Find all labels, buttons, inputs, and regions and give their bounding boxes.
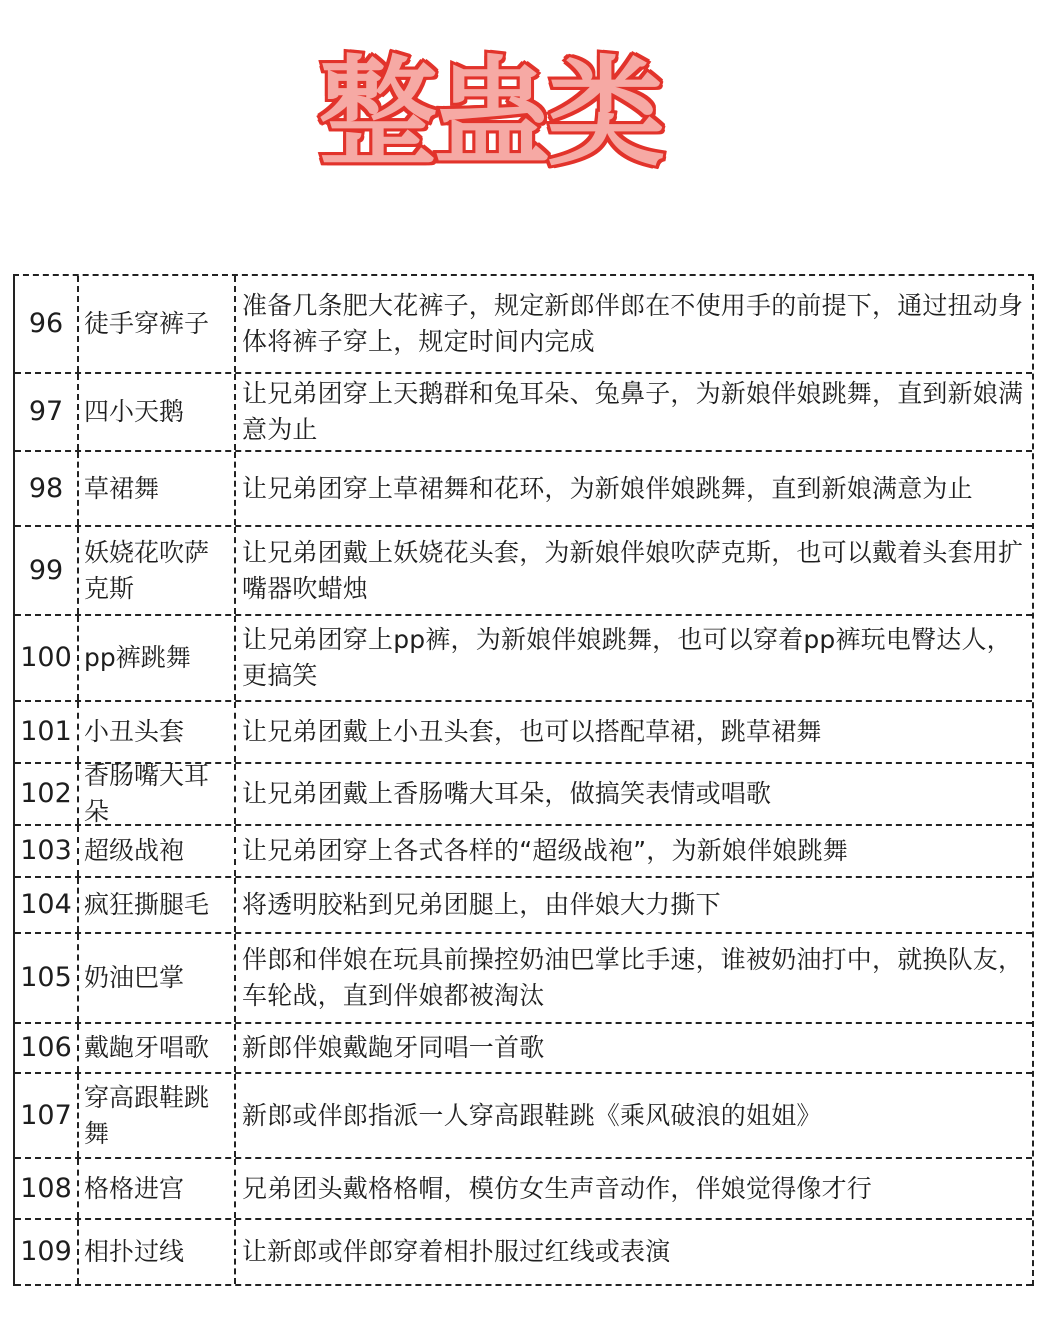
- game-name: 小丑头套: [79, 702, 236, 762]
- game-description: 伴郎和伴娘在玩具前操控奶油巴掌比手速，谁被奶油打中，就换队友，车轮战，直到伴娘都…: [236, 934, 1032, 1022]
- game-name: 疯狂撕腿毛: [79, 878, 236, 932]
- row-number: 109: [15, 1220, 79, 1284]
- game-description: 让兄弟团穿上天鹅群和兔耳朵、兔鼻子，为新娘伴娘跳舞，直到新娘满意为止: [236, 374, 1032, 450]
- game-description: 让兄弟团戴上小丑头套，也可以搭配草裙，跳草裙舞: [236, 702, 1032, 762]
- table-row: 106戴龅牙唱歌新郎伴娘戴龅牙同唱一首歌: [15, 1024, 1032, 1074]
- row-number: 97: [15, 374, 79, 450]
- table-row: 101小丑头套让兄弟团戴上小丑头套，也可以搭配草裙，跳草裙舞: [15, 702, 1032, 764]
- row-number: 103: [15, 826, 79, 876]
- game-description: 让兄弟团穿上各式各样的“超级战袍”，为新娘伴娘跳舞: [236, 826, 1032, 876]
- table-row: 98草裙舞让兄弟团穿上草裙舞和花环，为新娘伴娘跳舞，直到新娘满意为止: [15, 452, 1032, 527]
- row-number: 100: [15, 616, 79, 700]
- game-description: 准备几条肥大花裤子，规定新郎伴郎在不使用手的前提下，通过扭动身体将裤子穿上，规定…: [236, 276, 1032, 372]
- table-row: 109相扑过线让新郎或伴郎穿着相扑服过红线或表演: [15, 1220, 1032, 1286]
- game-name: 草裙舞: [79, 452, 236, 525]
- games-table: 96徒手穿裤子准备几条肥大花裤子，规定新郎伴郎在不使用手的前提下，通过扭动身体将…: [13, 274, 1034, 1286]
- game-name: 相扑过线: [79, 1220, 236, 1284]
- table-row: 107穿高跟鞋跳舞新郎或伴郎指派一人穿高跟鞋跳《乘风破浪的姐姐》: [15, 1074, 1032, 1159]
- game-description: 让兄弟团戴上香肠嘴大耳朵，做搞笑表情或唱歌: [236, 764, 1032, 824]
- game-name: 四小天鹅: [79, 374, 236, 450]
- table-row: 104疯狂撕腿毛将透明胶粘到兄弟团腿上，由伴娘大力撕下: [15, 878, 1032, 934]
- game-name: 徒手穿裤子: [79, 276, 236, 372]
- row-number: 99: [15, 527, 79, 614]
- table-row: 97四小天鹅让兄弟团穿上天鹅群和兔耳朵、兔鼻子，为新娘伴娘跳舞，直到新娘满意为止: [15, 374, 1032, 452]
- row-number: 105: [15, 934, 79, 1022]
- game-name: 戴龅牙唱歌: [79, 1024, 236, 1072]
- game-name: 妖娆花吹萨克斯: [79, 527, 236, 614]
- table-row: 96徒手穿裤子准备几条肥大花裤子，规定新郎伴郎在不使用手的前提下，通过扭动身体将…: [15, 276, 1032, 374]
- title-banner: 整蛊类: [290, 48, 690, 178]
- game-description: 让兄弟团穿上草裙舞和花环，为新娘伴娘跳舞，直到新娘满意为止: [236, 452, 1032, 525]
- row-number: 98: [15, 452, 79, 525]
- row-number: 101: [15, 702, 79, 762]
- game-description: 让新郎或伴郎穿着相扑服过红线或表演: [236, 1220, 1032, 1284]
- game-description: 兄弟团头戴格格帽，模仿女生声音动作，伴娘觉得像才行: [236, 1159, 1032, 1218]
- game-description: 将透明胶粘到兄弟团腿上，由伴娘大力撕下: [236, 878, 1032, 932]
- game-description: 让兄弟团穿上pp裤，为新娘伴娘跳舞，也可以穿着pp裤玩电臀达人，更搞笑: [236, 616, 1032, 700]
- table-row: 102香肠嘴大耳朵让兄弟团戴上香肠嘴大耳朵，做搞笑表情或唱歌: [15, 764, 1032, 826]
- game-description: 让兄弟团戴上妖娆花头套，为新娘伴娘吹萨克斯，也可以戴着头套用扩嘴器吹蜡烛: [236, 527, 1032, 614]
- table-row: 108格格进宫兄弟团头戴格格帽，模仿女生声音动作，伴娘觉得像才行: [15, 1159, 1032, 1220]
- table-row: 99妖娆花吹萨克斯让兄弟团戴上妖娆花头套，为新娘伴娘吹萨克斯，也可以戴着头套用扩…: [15, 527, 1032, 616]
- row-number: 108: [15, 1159, 79, 1218]
- game-name: 格格进宫: [79, 1159, 236, 1218]
- game-name: 香肠嘴大耳朵: [79, 764, 236, 824]
- table-row: 105奶油巴掌伴郎和伴娘在玩具前操控奶油巴掌比手速，谁被奶油打中，就换队友，车轮…: [15, 934, 1032, 1024]
- game-name: pp裤跳舞: [79, 616, 236, 700]
- row-number: 102: [15, 764, 79, 824]
- game-name: 穿高跟鞋跳舞: [79, 1074, 236, 1157]
- row-number: 106: [15, 1024, 79, 1072]
- game-description: 新郎或伴郎指派一人穿高跟鞋跳《乘风破浪的姐姐》: [236, 1074, 1032, 1157]
- game-description: 新郎伴娘戴龅牙同唱一首歌: [236, 1024, 1032, 1072]
- table-row: 103超级战袍让兄弟团穿上各式各样的“超级战袍”，为新娘伴娘跳舞: [15, 826, 1032, 878]
- row-number: 96: [15, 276, 79, 372]
- table-row: 100pp裤跳舞让兄弟团穿上pp裤，为新娘伴娘跳舞，也可以穿着pp裤玩电臀达人，…: [15, 616, 1032, 702]
- row-number: 104: [15, 878, 79, 932]
- row-number: 107: [15, 1074, 79, 1157]
- game-name: 奶油巴掌: [79, 934, 236, 1022]
- game-name: 超级战袍: [79, 826, 236, 876]
- page-title: 整蛊类: [319, 54, 661, 172]
